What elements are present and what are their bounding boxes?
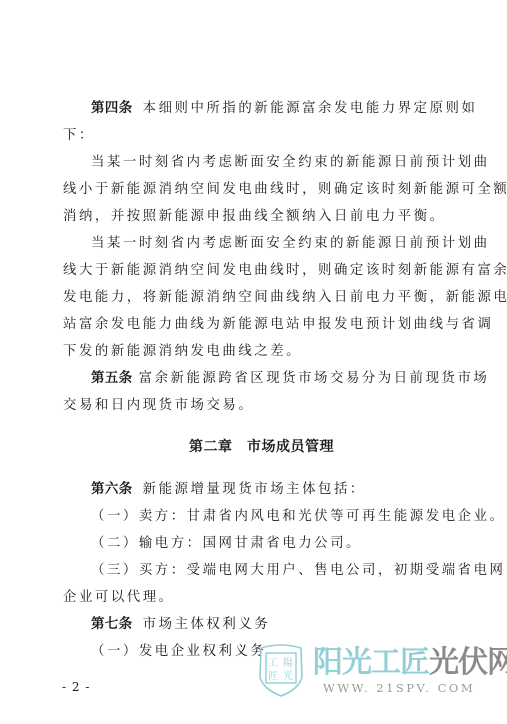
article-6-item-3: （三）买方：受端电网大用户、售电公司，初期受端省电网 xyxy=(63,557,446,584)
svg-text:光: 光 xyxy=(283,669,293,682)
article-7-heading: 第七条 xyxy=(91,617,133,632)
article-6-heading: 第六条 xyxy=(91,482,133,497)
para-1-line-3: 消纳，并按照新能源申报曲线全额纳入日前电力平衡。 xyxy=(63,203,446,230)
article-7-line-1: 第七条市场主体权利义务 xyxy=(63,611,446,638)
para-1-line-1: 当某一时刻省内考虑断面安全约束的新能源日前预计划曲 xyxy=(63,149,446,176)
para-2-line-2: 线大于新能源消纳空间发电曲线时，则确定该时刻新能源有富余 xyxy=(63,257,446,284)
article-6-item-3-cont: 企业可以代理。 xyxy=(63,584,446,611)
article-6-item-2: （二）输电方：国网甘肃省电力公司。 xyxy=(63,530,446,557)
svg-text:匠: 匠 xyxy=(268,670,278,682)
watermark-title-part-1: 阳光工匠 xyxy=(313,645,429,680)
article-4-line-1: 第四条本细则中所指的新能源富余发电能力界定原则如 xyxy=(63,95,446,122)
para-1-line-2: 线小于新能源消纳空间发电曲线时，则确定该时刻新能源可全额 xyxy=(63,176,446,203)
article-5-line-1: 第五条富余新能源跨省区现货市场交易分为日前现货市场 xyxy=(63,365,446,392)
article-5-line-2: 交易和日内现货市场交易。 xyxy=(63,392,446,419)
para-2-line-1: 当某一时刻省内考虑断面安全约束的新能源日前预计划曲 xyxy=(63,230,446,257)
watermark-url: WWW. 21SPV. COM xyxy=(323,681,475,695)
watermark-title-part-2: 光伏网 xyxy=(429,645,507,680)
para-2-line-5: 下发的新能源消纳发电曲线之差。 xyxy=(63,338,446,365)
para-2-line-4: 站富余发电能力曲线为新能源电站申报发电预计划曲线与省调 xyxy=(63,311,446,338)
article-7-text: 市场主体权利义务 xyxy=(143,617,271,632)
article-4-heading: 第四条 xyxy=(91,101,133,116)
article-6-line-1: 第六条新能源增量现货市场主体包括： xyxy=(63,476,446,503)
article-5-text: 富余新能源跨省区现货市场交易分为日前现货市场 xyxy=(139,371,490,386)
article-4-line-2: 下： xyxy=(63,122,446,149)
document-page: 第四条本细则中所指的新能源富余发电能力界定原则如 下： 当某一时刻省内考虑断面安… xyxy=(0,0,507,724)
watermark-title: 阳光工匠光伏网 xyxy=(313,647,507,679)
article-6-item-1: （一）卖方：甘肃省内风电和光伏等可再生能源发电企业。 xyxy=(63,503,446,530)
document-body: 第四条本细则中所指的新能源富余发电能力界定原则如 下： 当某一时刻省内考虑断面安… xyxy=(63,95,446,665)
article-6-text: 新能源增量现货市场主体包括： xyxy=(143,482,366,497)
article-5-heading: 第五条 xyxy=(91,371,133,386)
chapter-2-title: 第二章 市场成员管理 xyxy=(77,434,446,461)
svg-text:陽: 陽 xyxy=(283,657,293,669)
watermark-logo: 工 陽 匠 光 阳光工匠光伏网 WWW. 21SPV. COM xyxy=(255,643,505,698)
svg-text:工: 工 xyxy=(268,657,278,669)
shield-logo-icon: 工 陽 匠 光 xyxy=(255,643,307,698)
page-number: - 2 - xyxy=(62,680,90,694)
para-2-line-3: 发电能力，将新能源消纳空间曲线纳入日前电力平衡，新能源电 xyxy=(63,284,446,311)
article-4-text: 本细则中所指的新能源富余发电能力界定原则如 xyxy=(143,101,478,116)
